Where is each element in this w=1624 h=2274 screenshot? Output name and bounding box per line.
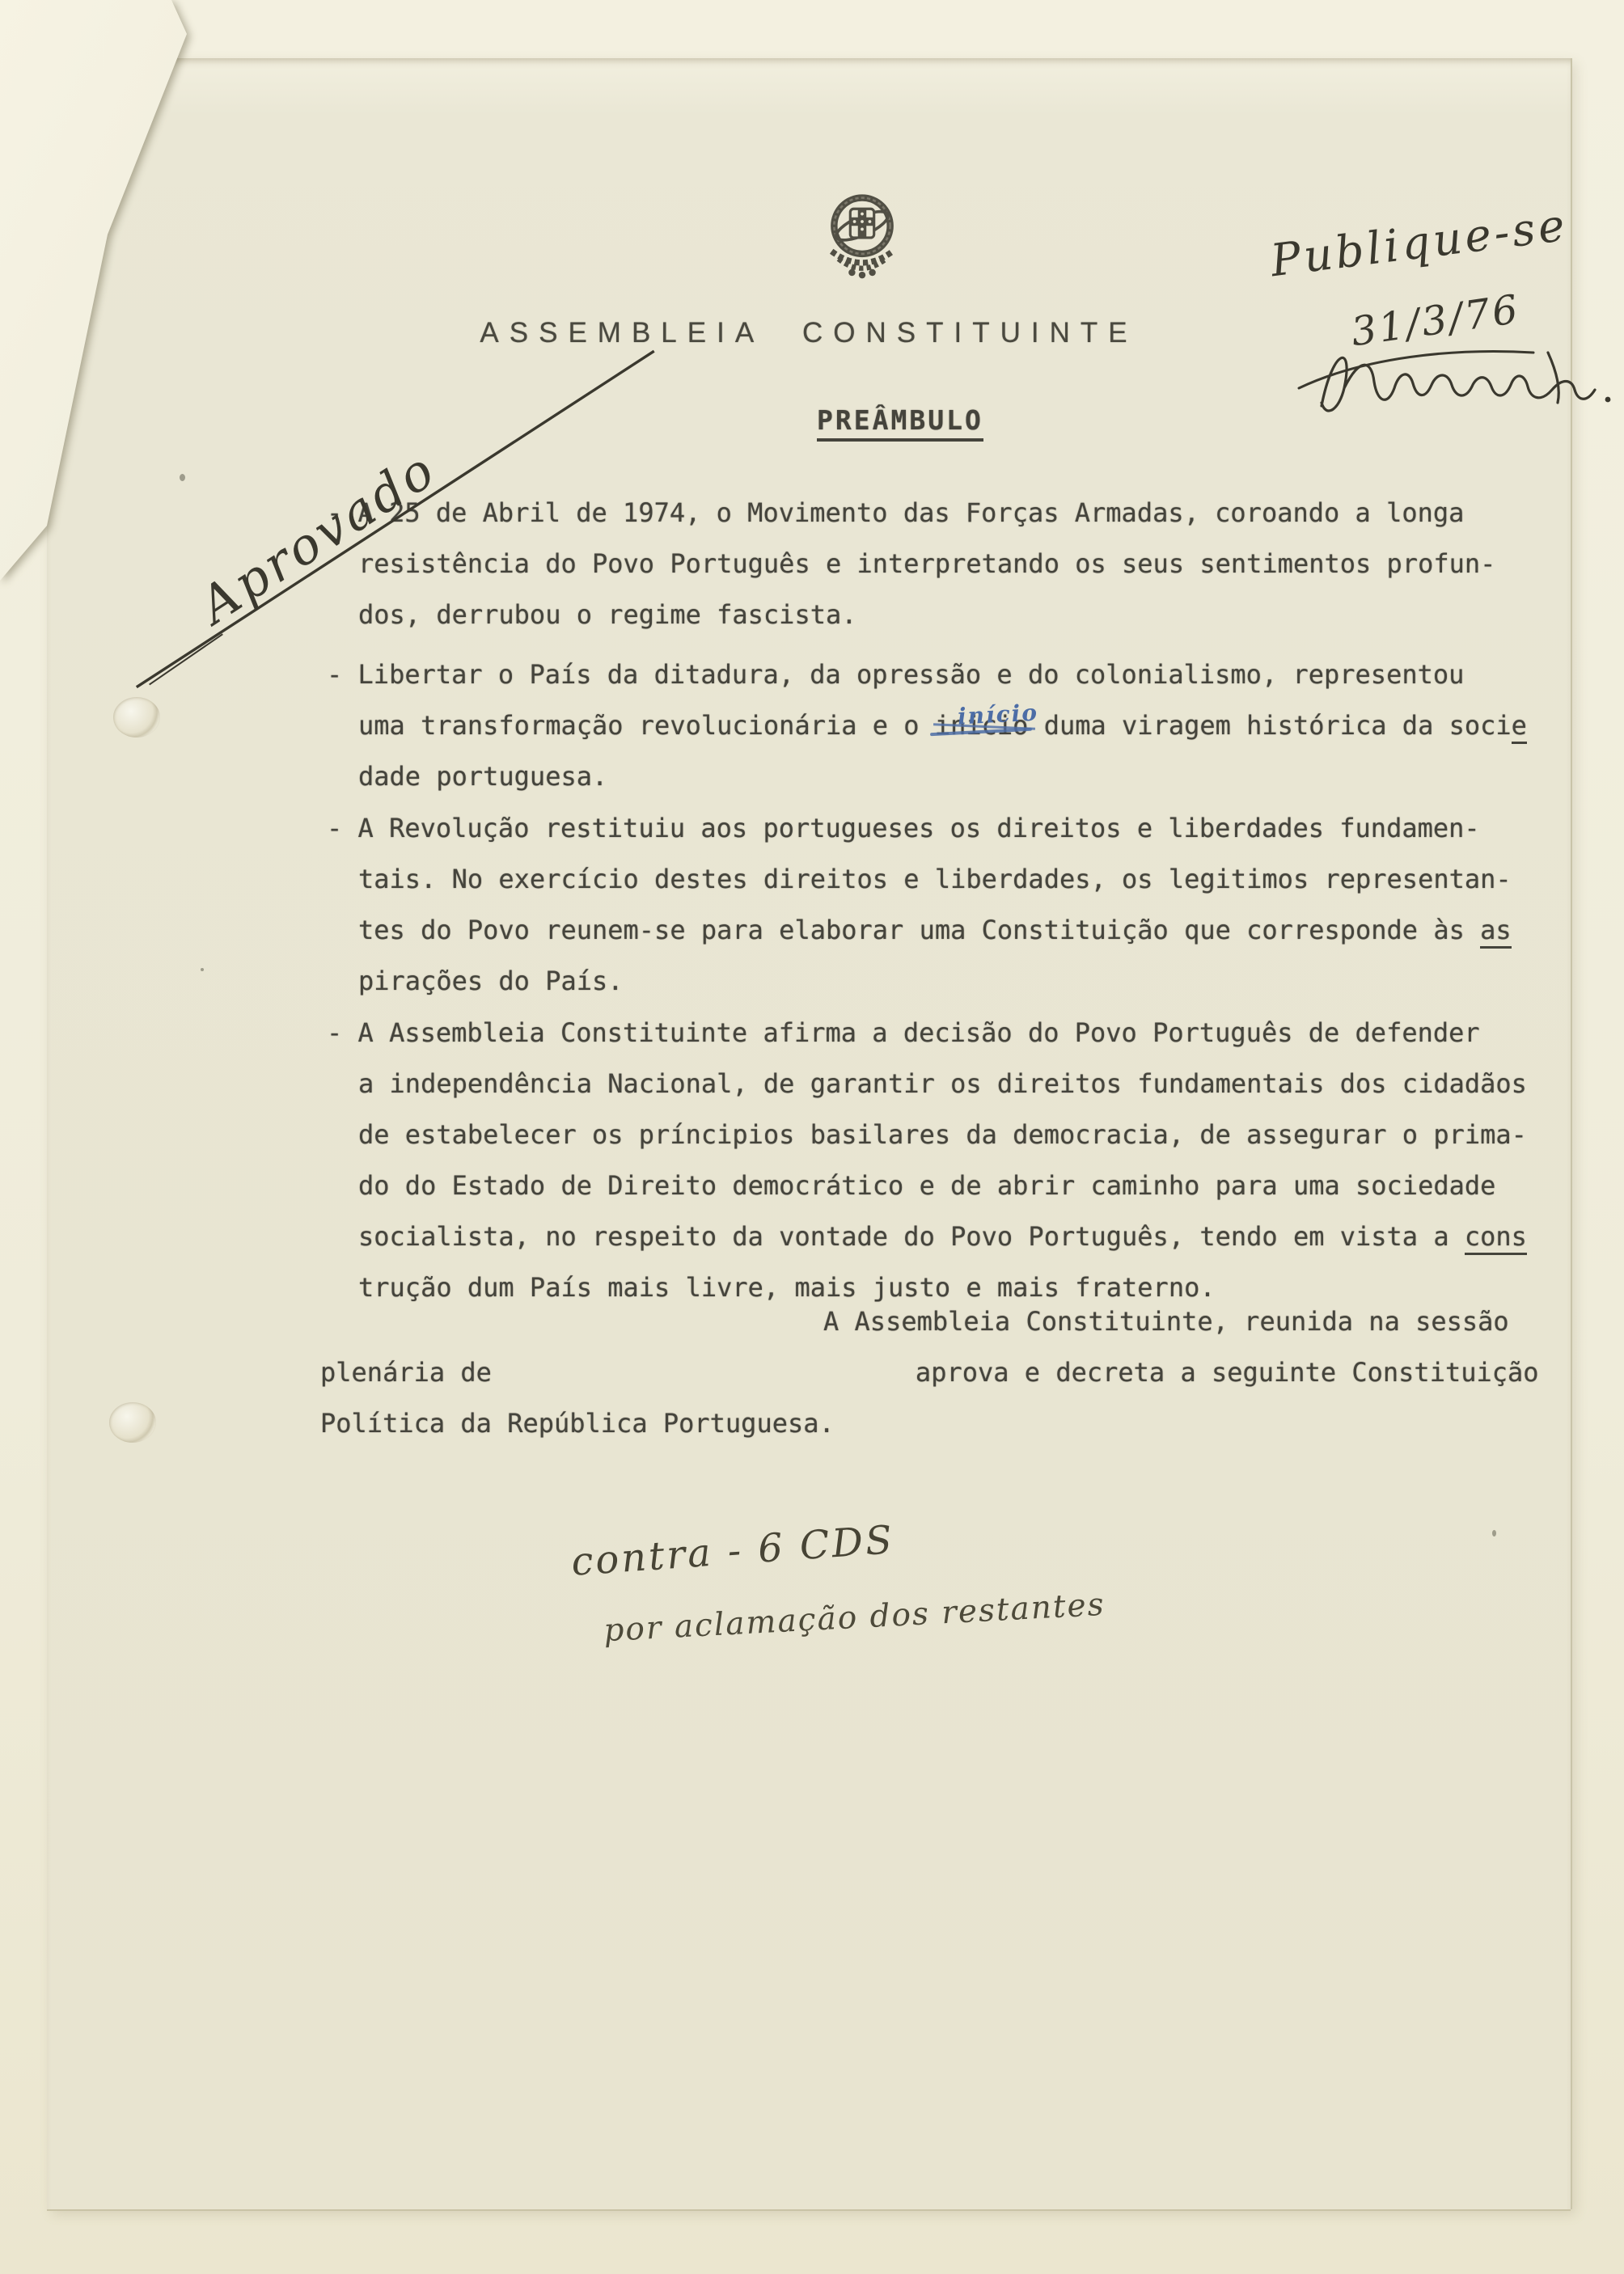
overlapping-sheet-surface xyxy=(0,0,243,615)
vote-against-note: contra - 6 CDS xyxy=(570,1517,896,1585)
typed-segment: tes do Povo reunem-se para elaborar uma … xyxy=(358,915,1480,945)
overlapping-sheet-corner xyxy=(0,0,243,615)
portuguese-republic-crest-icon xyxy=(819,188,905,290)
typed-line: socialista, no respeito da vontade do Po… xyxy=(327,1211,1556,1262)
typed-line: tais. No exercício destes direitos e lib… xyxy=(327,854,1556,905)
typed-segment: plenária de xyxy=(320,1357,492,1388)
typed-line: pirações do País. xyxy=(327,956,1556,1007)
typed-line: dade portuguesa. xyxy=(327,751,1556,802)
typed-line: Política da República Portuguesa. xyxy=(320,1398,1566,1449)
water-ring-blemish xyxy=(113,697,160,738)
typed-segment: socialista, no respeito da vontade do Po… xyxy=(358,1221,1465,1252)
typed-line: do do Estado de Direito democrático e de… xyxy=(327,1160,1556,1211)
typed-segment: duma viragem histórica da soci xyxy=(1028,710,1511,741)
water-ring-blemish xyxy=(109,1402,156,1443)
typed-line: A Assembleia Constituinte, reunida na se… xyxy=(320,1296,1566,1347)
typed-line: a independência Nacional, de garantir os… xyxy=(327,1059,1556,1110)
underlined-letter: e xyxy=(1512,710,1527,744)
typed-line: - A Revolução restituiu aos portugueses … xyxy=(327,803,1556,854)
page-title: PREÂMBULO xyxy=(817,404,983,442)
paragraph-4: - A Assembleia Constituinte afirma a dec… xyxy=(327,1008,1556,1313)
document-scan: ASSEMBLEIA CONSTITUINTE PREÂMBULO - A 25… xyxy=(0,0,1624,2274)
typed-line: - A Assembleia Constituinte afirma a dec… xyxy=(327,1008,1556,1059)
ink-speck xyxy=(1492,1530,1496,1536)
underlined-letters: cons xyxy=(1465,1221,1527,1255)
typed-segment: uma transformação revolucionária e o xyxy=(358,710,935,741)
vote-acclamation-note: por aclamação dos restantes xyxy=(603,1587,1106,1649)
typed-line: tes do Povo reunem-se para elaborar uma … xyxy=(327,905,1556,956)
typed-line: plenária deaprova e decreta a seguinte C… xyxy=(320,1347,1566,1398)
signature-scribble xyxy=(1291,325,1614,438)
paragraph-3: - A Revolução restituiu aos portugueses … xyxy=(327,803,1556,1007)
typed-segment: aprova e decreta a seguinte Constituição xyxy=(916,1357,1539,1388)
underlined-letters: as xyxy=(1480,915,1512,949)
closing-paragraph: A Assembleia Constituinte, reunida na se… xyxy=(320,1296,1566,1449)
typewritten-page: ASSEMBLEIA CONSTITUINTE PREÂMBULO - A 25… xyxy=(47,58,1571,2209)
typed-line: de estabelecer os príncipios basilares d… xyxy=(327,1110,1556,1160)
handwritten-correction: início xyxy=(957,699,1039,729)
publish-order-note: Publique-se xyxy=(1267,199,1570,287)
ink-speck xyxy=(201,968,204,971)
